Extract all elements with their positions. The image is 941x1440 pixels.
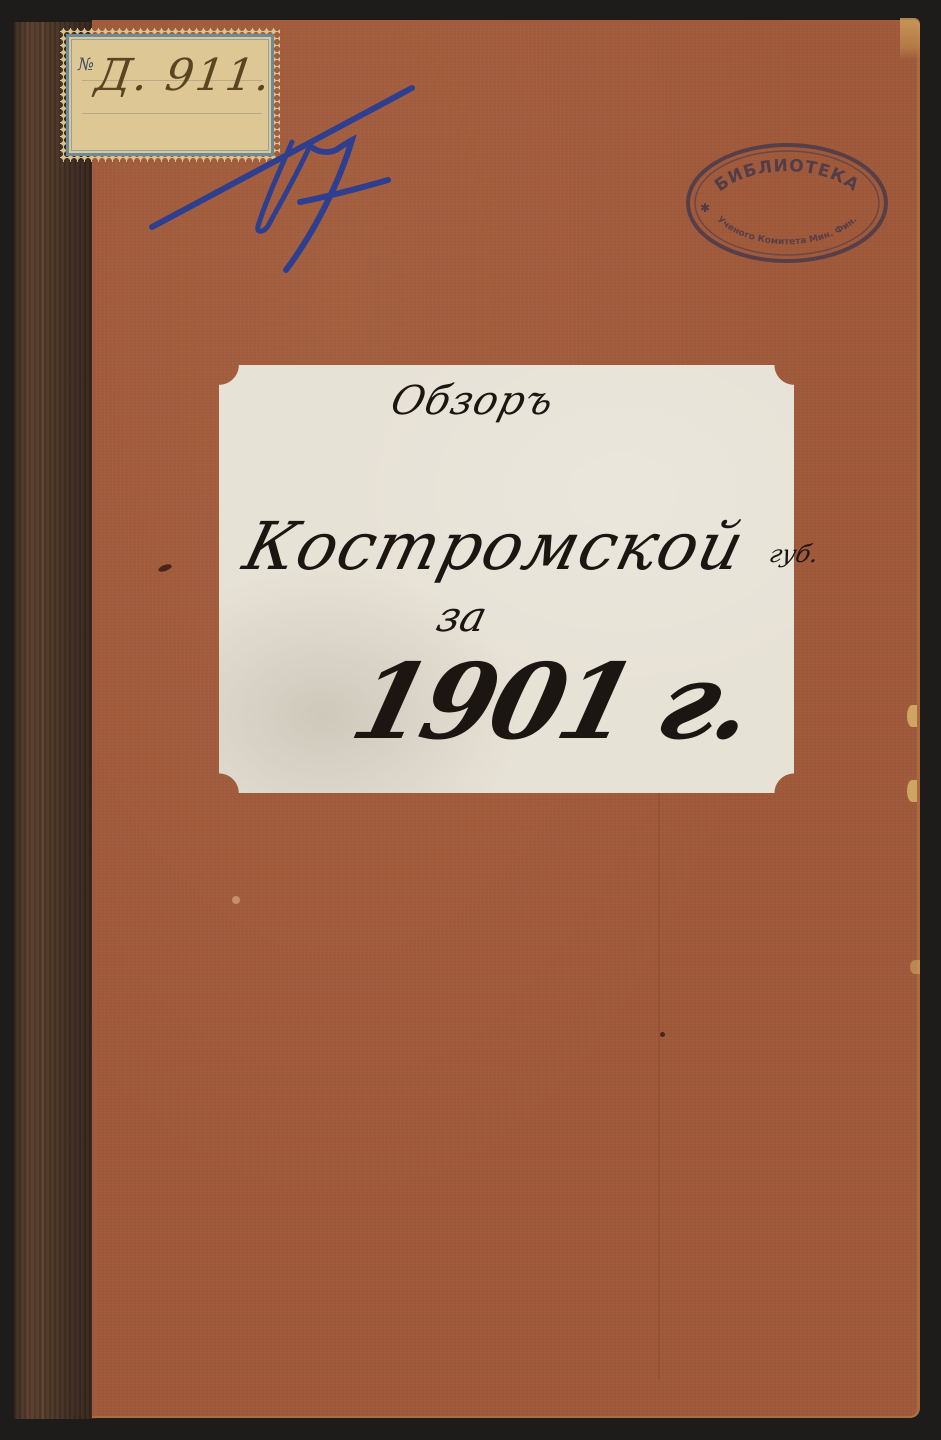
svg-text:БИБЛИОТЕКА: БИБЛИОТЕКА [711, 156, 863, 196]
ink-speck [660, 1032, 665, 1037]
cover-crease [658, 760, 660, 1380]
scanned-page: № Д. 911. БИБЛИОТЕКА Ученого Комитета Ми… [0, 0, 941, 1440]
stamp-bottom-text: Ученого Комитета Мин. Фин. [715, 215, 860, 247]
spine-ridge [42, 22, 44, 1419]
title-line-review: Обзоръ [386, 378, 559, 424]
blue-pencil-mark-icon [140, 80, 440, 280]
book-spine [14, 22, 96, 1419]
stamp-top-text: БИБЛИОТЕКА [711, 156, 863, 196]
light-speck [232, 896, 240, 904]
edge-wear [907, 780, 917, 802]
title-line-year: 1901 г. [341, 640, 764, 763]
worn-corner [900, 18, 920, 60]
edge-wear [907, 705, 917, 727]
edge-wear [910, 960, 920, 974]
title-line-region: Костромской [236, 508, 752, 585]
number-prefix: № [78, 55, 93, 75]
library-stamp-icon: БИБЛИОТЕКА Ученого Комитета Мин. Фин. ✱ [684, 140, 890, 266]
svg-text:Ученого Комитета Мин. Фин.: Ученого Комитета Мин. Фин. [715, 215, 860, 247]
stamp-ornament: ✱ [700, 201, 710, 215]
title-line-region-suffix: губ. [767, 540, 822, 568]
